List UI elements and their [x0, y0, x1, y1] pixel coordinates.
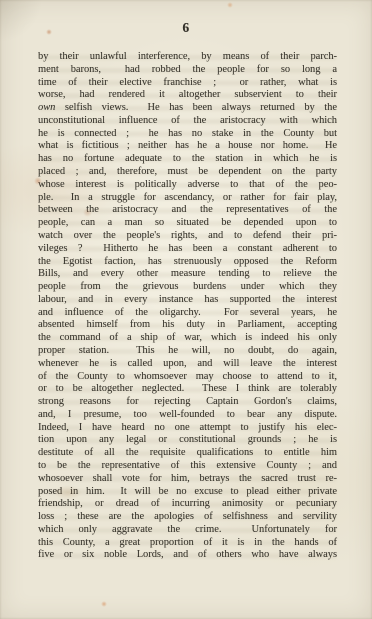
text-line: has no fortune adequate to the station i… [38, 153, 337, 166]
text-line: vileges ? Hitherto he has been a constan… [38, 243, 337, 256]
text-line: people, can a man so situated be depende… [38, 217, 337, 230]
text-line: the command of a ship of war, which is i… [38, 332, 337, 345]
text-line: he is connected ; he has no stake in the… [38, 128, 337, 141]
text-line: Bills, and every other measure tending t… [38, 268, 337, 281]
text-line: watch over the people's rights, and to d… [38, 230, 337, 243]
text-line: loss ; these are the apologies of selfis… [38, 511, 337, 524]
text-line: which only aggravate the crime. Unfortun… [38, 524, 337, 537]
text-line: to be the representative of this extensi… [38, 460, 337, 473]
text-line: the Egotist faction, has strenuously opp… [38, 256, 337, 269]
text-line: of the County to whomsoever may choose t… [38, 371, 337, 384]
text-line: whose interest is politically adverse to… [38, 179, 337, 192]
text-line: by their unlawful interference, by means… [38, 51, 337, 64]
text-line: Indeed, I have heard no one attempt to j… [38, 422, 337, 435]
text-line: strong reasons for rejecting Captain Gor… [38, 396, 337, 409]
text-line: or to be altogether neglected. These I t… [38, 383, 337, 396]
text-line: time of their elective franchise ; or ra… [38, 77, 337, 90]
text-line: own selfish views. He has been always re… [38, 102, 337, 115]
text-line: placed ; and, therefore, must be depende… [38, 166, 337, 179]
text-line: between the aristocracy and the represen… [38, 204, 337, 217]
text-line: and influence of the oligarchy. For seve… [38, 307, 337, 320]
text-line: worse, had rendered it altogether subser… [38, 89, 337, 102]
scanned-book-page: 6 by their unlawful interference, by mea… [0, 0, 372, 619]
text-line: people from the grievous burdens under w… [38, 281, 337, 294]
text-line: ple. In a struggle for ascendancy, or ra… [38, 192, 337, 205]
page-number: 6 [0, 20, 372, 36]
text-line: whenever he is called upon, and will lea… [38, 358, 337, 371]
text-line: whosoever shall vote for him, betrays th… [38, 473, 337, 486]
text-line: unconstitutional influence of the aristo… [38, 115, 337, 128]
text-line: destitute of all the requisite qualifica… [38, 447, 337, 460]
text-line: posed in him. It will be no excuse to pl… [38, 486, 337, 499]
text-line: labour, and in every instance has suppor… [38, 294, 337, 307]
text-line: proper station. This he will, no doubt, … [38, 345, 337, 358]
text-line: this County, a great proportion of it is… [38, 537, 337, 550]
text-line: tion upon any legal or constitutional gr… [38, 434, 337, 447]
page-body-text: by their unlawful interference, by means… [38, 51, 337, 562]
text-line: friendship, or dread of incurring animos… [38, 498, 337, 511]
text-line: and, I presume, too well-founded to bear… [38, 409, 337, 422]
text-line: what is fictitious ; neither has he a ho… [38, 140, 337, 153]
text-line: five or six noble Lords, and of others w… [38, 549, 337, 562]
foxing-spot [101, 601, 107, 607]
text-line: absented himself from his duty in Parlia… [38, 319, 337, 332]
foxing-spot [227, 2, 233, 8]
text-line: ment barons, had robbed the people for s… [38, 64, 337, 77]
